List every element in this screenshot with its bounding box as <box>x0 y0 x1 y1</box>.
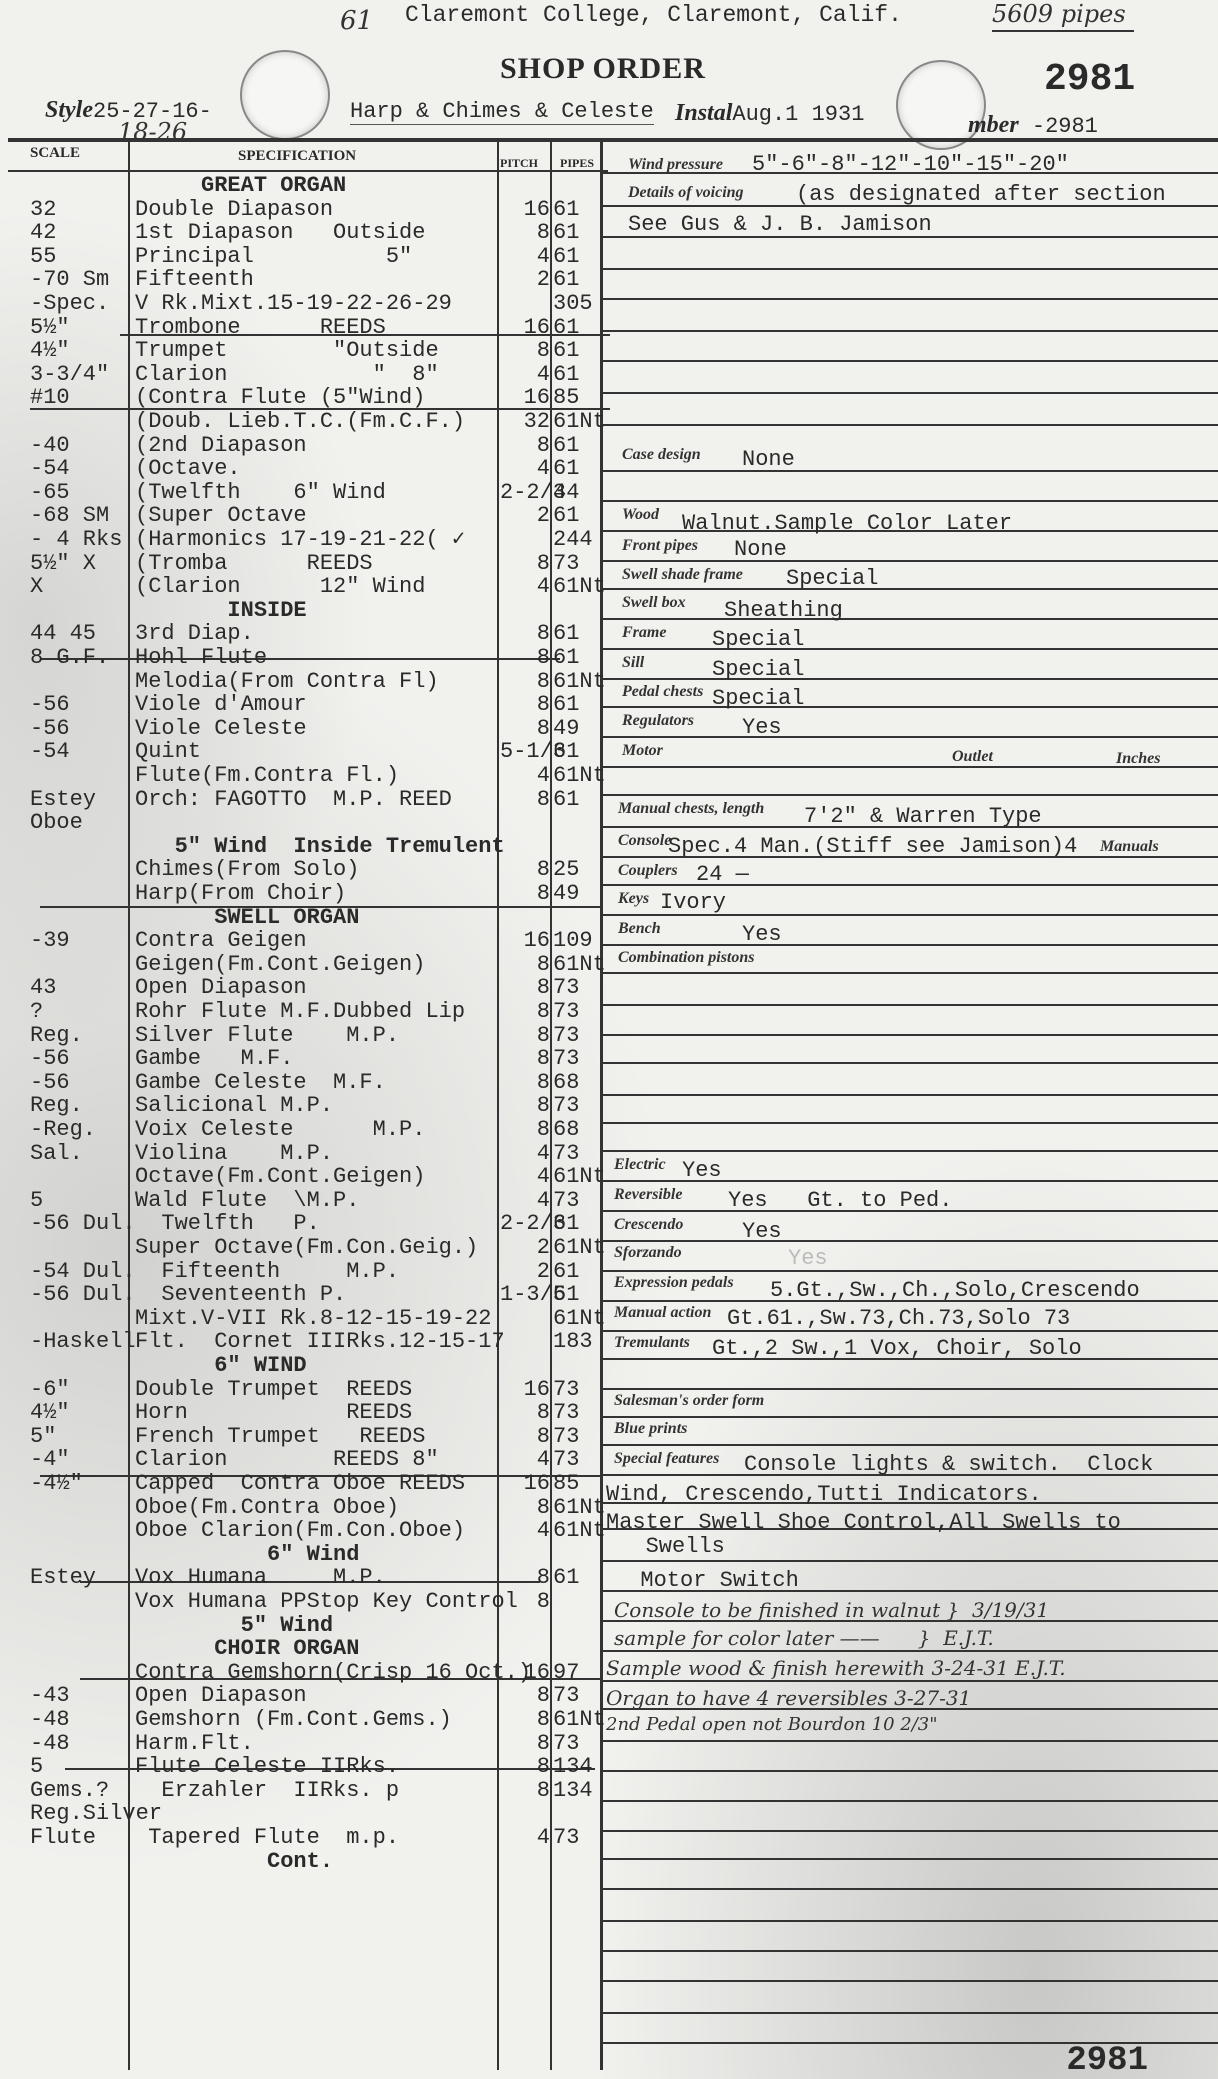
pitch-cell: 8 <box>500 858 550 882</box>
combination-pistons-label: Combination pistons <box>618 949 755 967</box>
table-row: Chimes(From Solo)825 <box>0 858 600 882</box>
form-rule <box>600 1830 1218 1832</box>
scale-cell: Estey <box>30 1566 130 1590</box>
pitch-cell: 16 <box>500 1661 550 1685</box>
organ-description: Harp & Chimes & Celeste <box>350 100 654 125</box>
form-rule <box>600 1150 1218 1152</box>
pitch-cell: 4 <box>500 575 550 599</box>
pedal-chests-value: Special <box>712 686 804 711</box>
pipes-cell: 85 <box>553 386 613 410</box>
manual-action-value: Gt.61.,Sw.73,Ch.73,Solo 73 <box>727 1306 1070 1331</box>
pipes-cell: 68 <box>553 1071 613 1095</box>
specification-cell: Contra Gemshorn(Crisp 16 Oct.) <box>135 1661 531 1685</box>
special-features-line-3: Master Swell Shoe Control,All Swells to <box>606 1510 1121 1535</box>
pitch-cell: 8 <box>500 1000 550 1024</box>
salesmans-order-form-label: Salesman's order form <box>614 1392 764 1410</box>
scale-cell: -4" <box>30 1448 130 1472</box>
pipes-cell: 61 <box>553 316 613 340</box>
pedal-chests-label: Pedal chests <box>622 683 703 701</box>
pipes-cell: 134 <box>553 1779 613 1803</box>
specification-cell: (Clarion 12" Wind <box>135 575 425 599</box>
specification-cell: Melodia(From Contra Fl) <box>135 670 439 694</box>
pitch-cell: 8 <box>500 1755 550 1779</box>
table-row: Harp(From Choir)849 <box>0 882 600 906</box>
form-rule <box>600 500 1218 502</box>
specification-cell: Viole d'Amour <box>135 693 307 717</box>
table-row: Melodia(From Contra Fl)861Nt <box>0 670 600 694</box>
scale-cell: -40 <box>30 434 130 458</box>
table-row: -70 SmFifteenth261 <box>0 268 600 292</box>
pitch-cell: 8 <box>500 976 550 1000</box>
specification-cell: V Rk.Mixt.15-19-22-26-29 <box>135 292 452 316</box>
scale-cell: 5½" X <box>30 552 130 576</box>
scale-cell: -48 <box>30 1708 130 1732</box>
pipes-cell: 61 <box>553 740 613 764</box>
table-row: 4½"Horn REEDS873 <box>0 1401 600 1425</box>
instal-label: Instal <box>675 100 732 126</box>
specification-cell: Double Diapason <box>135 198 333 222</box>
section-heading: 5" Wind <box>0 1614 600 1638</box>
pitch-cell: 8 <box>500 1732 550 1756</box>
table-row: -56Viole Celeste849 <box>0 717 600 741</box>
pitch-cell: 8 <box>500 1566 550 1590</box>
specification-cell: Vox Humana M.P. <box>135 1566 386 1590</box>
scale-cell: 4½" <box>30 1401 130 1425</box>
scale-cell: 4½" <box>30 339 130 363</box>
scale-cell: ? <box>30 1000 130 1024</box>
scale-cell: 43 <box>30 976 130 1000</box>
table-row: 3-3/4"Clarion " 8"461 <box>0 363 600 387</box>
specification-cell: Contra Geigen <box>135 929 307 953</box>
specification-cell: Oboe Clarion(Fm.Con.Oboe) <box>135 1519 465 1543</box>
sforzando-label: Sforzando <box>614 1244 682 1262</box>
scale-cell: Sal. <box>30 1142 130 1166</box>
section-heading: 5" Wind Inside Tremulent <box>0 835 600 859</box>
pipes-cell: 61 <box>553 245 613 269</box>
specification-cell: Fifteenth M.P. <box>135 1260 399 1284</box>
table-row: -56 Dul. Seventeenth P.1-3/561 <box>0 1283 600 1307</box>
table-row: Oboe(Fm.Contra Oboe)861Nt <box>0 1496 600 1520</box>
pitch-cell: 8 <box>500 1779 550 1803</box>
specification-cell: GREAT ORGAN <box>135 174 346 198</box>
table-row: 8 G.F.Hohl Flute861 <box>0 646 600 670</box>
pipes-cell: 73 <box>553 552 613 576</box>
scale-cell: -54 <box>30 457 130 481</box>
form-rule <box>600 1004 1218 1006</box>
pipes-cell: 61 <box>553 198 613 222</box>
scale-cell: 5" <box>30 1425 130 1449</box>
form-rule <box>600 470 1218 472</box>
special-features-line-5: Motor Switch <box>614 1568 799 1593</box>
swell-box-value: Sheathing <box>724 598 843 623</box>
specification-cell: Cont. <box>135 1850 333 1874</box>
scale-cell: -Reg. <box>30 1118 130 1142</box>
specification-cell: Clarion REEDS 8" <box>135 1448 439 1472</box>
front-pipes-label: Front pipes <box>622 537 698 555</box>
handwritten-pipe-count: 5609 pipes <box>992 0 1134 32</box>
form-rule <box>600 618 1218 620</box>
pitch-cell: 4 <box>500 1448 550 1472</box>
pitch-cell: 4 <box>500 1189 550 1213</box>
scale-cell: -Spec. <box>30 292 130 316</box>
table-row: -43Open Diapason873 <box>0 1684 600 1708</box>
manual-chests-label: Manual chests, length <box>618 800 764 818</box>
specification-cell: Erzahler IIRks. p <box>135 1779 399 1803</box>
form-rule <box>600 648 1218 650</box>
scale-cell: -70 Sm <box>30 268 130 292</box>
specification-cell: Super Octave(Fm.Con.Geig.) <box>135 1236 478 1260</box>
form-rule <box>600 1444 1218 1446</box>
handwritten-61: 61 <box>340 6 373 36</box>
form-rule <box>600 1034 1218 1036</box>
form-rule <box>600 1122 1218 1124</box>
section-heading: CHOIR ORGAN <box>0 1637 600 1661</box>
specification-cell: Chimes(From Solo) <box>135 858 359 882</box>
specification-cell: 1st Diapason Outside <box>135 221 425 245</box>
pitch-cell: 8 <box>500 1684 550 1708</box>
table-row: -4"Clarion REEDS 8"473 <box>0 1448 600 1472</box>
header-rule <box>8 138 1218 142</box>
pipes-cell: 25 <box>553 858 613 882</box>
table-row: Super Octave(Fm.Con.Geig.)261Nt <box>0 1236 600 1260</box>
special-features-line-4: Swells <box>606 1534 725 1559</box>
pipes-cell: 61 <box>553 1566 613 1590</box>
scale-cell: Reg.Silver <box>30 1802 130 1826</box>
specification-cell: Flute(Fm.Contra Fl.) <box>135 764 399 788</box>
pipes-cell: 73 <box>553 1047 613 1071</box>
crescendo-value: Yes <box>742 1219 782 1244</box>
expression-pedals-label: Expression pedals <box>614 1274 734 1292</box>
scale-cell: -54 Dul. <box>30 1260 130 1284</box>
form-rule <box>600 1920 1218 1922</box>
front-pipes-value: None <box>734 537 787 562</box>
tremulants-value: Gt.,2 Sw.,1 Vox, Choir, Solo <box>712 1336 1082 1361</box>
pipes-cell: 61Nt <box>553 1708 613 1732</box>
number-label: mber <box>968 112 1019 138</box>
scale-cell: Reg. <box>30 1094 130 1118</box>
motor-label: Motor <box>622 742 663 760</box>
sforzando-value: Yes <box>788 1246 828 1271</box>
swell-shade-frame-value: Special <box>786 566 878 591</box>
form-rule <box>600 298 1218 300</box>
form-rule <box>600 1800 1218 1802</box>
pipes-cell: 61Nt <box>553 410 613 434</box>
pitch-cell: 8 <box>500 1047 550 1071</box>
reversible-label: Reversible <box>614 1186 682 1204</box>
pitch-cell: 8 <box>500 693 550 717</box>
specification-cell: 3rd Diap. <box>135 622 254 646</box>
pipes-cell: 183 <box>553 1330 613 1354</box>
pipes-cell: 73 <box>553 1189 613 1213</box>
table-row: ?Rohr Flute M.F.Dubbed Lip873 <box>0 1000 600 1024</box>
table-row: -56Viole d'Amour861 <box>0 693 600 717</box>
special-features-line-1: Console lights & switch. Clock <box>744 1452 1153 1477</box>
manual-action-label: Manual action <box>614 1304 711 1322</box>
form-rule <box>600 1650 1218 1652</box>
pitch-cell: 4 <box>500 245 550 269</box>
pitch-cell: 8 <box>500 788 550 812</box>
frame-label: Frame <box>622 624 666 642</box>
pipes-cell: 61 <box>553 1212 613 1236</box>
table-row: 5½"Trombone REEDS1661 <box>0 316 600 340</box>
specification-cell: Wald Flute \M.P. <box>135 1189 359 1213</box>
form-rule <box>600 2012 1218 2014</box>
pipes-cell: 61 <box>553 693 613 717</box>
pitch-cell: 4 <box>500 1519 550 1543</box>
form-rule <box>600 972 1218 974</box>
scale-cell: -43 <box>30 1684 130 1708</box>
pitch-cell: 8 <box>500 552 550 576</box>
form-rule <box>600 736 1218 738</box>
specification-cell: Silver Flute M.P. <box>135 1024 399 1048</box>
handwritten-note-3: Sample wood & finish herewith 3-24-31 E.… <box>606 1656 1066 1680</box>
pitch-cell: 8 <box>500 434 550 458</box>
specification-cell: French Trumpet REEDS <box>135 1425 425 1449</box>
pipes-cell: 109 <box>553 929 613 953</box>
form-rule <box>600 424 1218 426</box>
section-heading: SWELL ORGAN <box>0 906 600 930</box>
console-label: Console <box>618 832 671 850</box>
pipes-cell: 61 <box>553 457 613 481</box>
pitch-cell: 16 <box>500 1378 550 1402</box>
wind-pressure-label: Wind pressure <box>628 156 723 174</box>
pitch-cell: 8 <box>500 717 550 741</box>
table-row: -54 Dul. Fifteenth M.P.261 <box>0 1260 600 1284</box>
table-row: 55Principal 5"461 <box>0 245 600 269</box>
pipes-cell: 61Nt <box>553 1496 613 1520</box>
specification-cell: Trumpet "Outside <box>135 339 439 363</box>
specification-cell: Twelfth P. <box>135 1212 320 1236</box>
form-rule <box>600 1240 1218 1242</box>
pitch-cell: 5-1/3 <box>500 740 550 764</box>
crescendo-label: Crescendo <box>614 1216 683 1234</box>
pipes-cell: 61Nt <box>553 670 613 694</box>
pitch-cell: 2 <box>500 1260 550 1284</box>
specification-cell: Gambe M.F. <box>135 1047 293 1071</box>
table-row: -Spec.V Rk.Mixt.15-19-22-26-29305 <box>0 292 600 316</box>
pipes-cell: 61Nt <box>553 1307 613 1331</box>
pitch-cell: 8 <box>500 622 550 646</box>
specification-cell: Gambe Celeste M.F. <box>135 1071 386 1095</box>
table-row: -68 SM(Super Octave261 <box>0 504 600 528</box>
specification-cell: Trombone REEDS <box>135 316 386 340</box>
case-design-value: None <box>742 447 795 472</box>
table-row: 43Open Diapason873 <box>0 976 600 1000</box>
table-row: -40(2nd Diapason861 <box>0 434 600 458</box>
form-rule <box>600 1062 1218 1064</box>
special-features-label: Special features <box>614 1450 719 1468</box>
form-rule <box>600 1770 1218 1772</box>
table-row: Flute(Fm.Contra Fl.)461Nt <box>0 764 600 788</box>
case-design-label: Case design <box>622 446 701 464</box>
specification-cell: Rohr Flute M.F.Dubbed Lip <box>135 1000 465 1024</box>
specification-cell: 5" Wind Inside Tremulent <box>135 835 505 859</box>
pitch-cell: 2 <box>500 268 550 292</box>
pipes-cell: 73 <box>553 1142 613 1166</box>
bench-label: Bench <box>618 920 661 938</box>
voicing-label: Details of voicing <box>628 184 744 202</box>
specification-cell: Oboe(Fm.Contra Oboe) <box>135 1496 399 1520</box>
shop-order-page: 61 Claremont College, Claremont, Calif. … <box>0 0 1218 2079</box>
specification-cell: 6" Wind <box>135 1543 359 1567</box>
form-rule <box>600 330 1218 332</box>
table-row: Octave(Fm.Cont.Geigen)461Nt <box>0 1165 600 1189</box>
pitch-cell: 2 <box>500 504 550 528</box>
form-rule <box>600 1980 1218 1982</box>
scale-cell: -6" <box>30 1378 130 1402</box>
scale-cell: Estey <box>30 788 130 812</box>
pitch-cell: 2-2/3 <box>500 1212 550 1236</box>
pipes-cell: 134 <box>553 1755 613 1779</box>
specification-cell: (Tromba REEDS <box>135 552 373 576</box>
form-rule <box>600 392 1218 394</box>
table-row: Reg.Silver Flute M.P.873 <box>0 1024 600 1048</box>
keys-label: Keys <box>618 890 649 908</box>
specification-cell: Vox Humana PPStop Key Control <box>135 1590 518 1614</box>
form-rule <box>600 1858 1218 1860</box>
specification-cell: Mixt.V-VII Rk.8-12-15-19-22 <box>135 1307 491 1331</box>
scale-cell: -56 <box>30 717 130 741</box>
section-heading: GREAT ORGAN <box>0 174 600 198</box>
pipes-cell: 73 <box>553 976 613 1000</box>
table-row: -39Contra Geigen16109 <box>0 929 600 953</box>
electric-value: Yes <box>682 1158 722 1183</box>
form-rule <box>600 560 1218 562</box>
table-row: Contra Gemshorn(Crisp 16 Oct.)1697 <box>0 1661 600 1685</box>
specification-cell: Geigen(Fm.Cont.Geigen) <box>135 953 425 977</box>
table-row: -56Gambe M.F.873 <box>0 1047 600 1071</box>
pitch-cell: 8 <box>500 953 550 977</box>
form-rule <box>600 1388 1218 1390</box>
scale-cell: -Haskell <box>30 1330 130 1354</box>
specification-cell: Octave(Fm.Cont.Geigen) <box>135 1165 425 1189</box>
col-scale: SCALE <box>30 145 80 162</box>
scale-cell: 32 <box>30 198 130 222</box>
table-row: 5Wald Flute \M.P.473 <box>0 1189 600 1213</box>
table-row: -Reg.Voix Celeste M.P.868 <box>0 1118 600 1142</box>
handwritten-note-5: 2nd Pedal open not Bourdon 10 2/3" <box>606 1714 938 1735</box>
scale-cell: #10 <box>30 386 130 410</box>
pipes-cell: 61 <box>553 268 613 292</box>
form-rule <box>600 1740 1218 1742</box>
specification-cell: INSIDE <box>135 599 307 623</box>
specification-cell: Harm.Flt. <box>135 1732 254 1756</box>
form-rule <box>600 794 1218 796</box>
scale-cell: -56 Dul. <box>30 1283 130 1307</box>
table-row: Reg.Salicional M.P.873 <box>0 1094 600 1118</box>
pitch-cell: 4 <box>500 1826 550 1850</box>
pipes-cell: 73 <box>553 1094 613 1118</box>
pipes-cell: 305 <box>553 292 613 316</box>
scale-cell: -65 <box>30 481 130 505</box>
pitch-cell: 16 <box>500 1472 550 1496</box>
form-rule <box>600 1416 1218 1418</box>
table-row: -HaskellFlt. Cornet IIIRks.12-15-17183 <box>0 1330 600 1354</box>
table-row: -4½"Capped Contra Oboe REEDS1685 <box>0 1472 600 1496</box>
outlet-label: Outlet <box>952 748 993 766</box>
footer-order-number: 2981 <box>1066 2050 1148 2074</box>
regulators-label: Regulators <box>622 712 694 730</box>
punch-hole-left <box>240 50 330 140</box>
scale-cell: 5 <box>30 1189 130 1213</box>
scale-cell: -68 SM <box>30 504 130 528</box>
specification-cell: Harp(From Choir) <box>135 882 346 906</box>
instal-field: InstalAug.1 1931 <box>675 100 864 127</box>
scale-cell: 3-3/4" <box>30 363 130 387</box>
table-row: 5"French Trumpet REEDS873 <box>0 1425 600 1449</box>
voicing-value-2: See Gus & J. B. Jamison <box>628 212 932 237</box>
handwritten-note-2: sample for color later —— } E.J.T. <box>614 1626 994 1650</box>
scale-cell: -39 <box>30 929 130 953</box>
wood-label: Wood <box>622 506 659 524</box>
pipes-cell: 61 <box>553 788 613 812</box>
pitch-cell: 8 <box>500 1590 550 1614</box>
specification-cell: Principal 5" <box>135 245 412 269</box>
pipes-cell: 61 <box>553 221 613 245</box>
specification-cell: (Twelfth 6" Wind <box>135 481 386 505</box>
reversible-value: Yes Gt. to Ped. <box>728 1188 952 1213</box>
specification-cell: Capped Contra Oboe REEDS <box>135 1472 465 1496</box>
regulators-value: Yes <box>742 715 782 740</box>
scale-cell: Gems.? <box>30 1779 130 1803</box>
scale-cell: X <box>30 575 130 599</box>
inches-label: Inches <box>1116 750 1160 768</box>
scale-cell: 44 45 <box>30 622 130 646</box>
sill-value: Special <box>712 657 804 682</box>
couplers-value: 24 — <box>696 862 749 887</box>
scale-cell: -54 <box>30 740 130 764</box>
table-row: -48Harm.Flt.873 <box>0 1732 600 1756</box>
section-heading: INSIDE <box>0 599 600 623</box>
pitch-cell: 2-2/3 <box>500 481 550 505</box>
form-rule <box>600 1680 1218 1682</box>
handwritten-note-4: Organ to have 4 reversibles 3-27-31 <box>606 1686 971 1710</box>
pitch-cell: 4 <box>500 1142 550 1166</box>
pitch-cell: 4 <box>500 457 550 481</box>
table-row: Flute Tapered Flute m.p.473 <box>0 1826 600 1850</box>
table-row: Mixt.V-VII Rk.8-12-15-19-2261Nt <box>0 1307 600 1331</box>
pitch-cell: 8 <box>500 1118 550 1142</box>
specification-cell: Fifteenth <box>135 268 254 292</box>
form-rule <box>600 706 1218 708</box>
swell-shade-frame-label: Swell shade frame <box>622 566 743 584</box>
specification-cell: 6" WIND <box>135 1354 307 1378</box>
specification-cell: SWELL ORGAN <box>135 906 359 930</box>
table-row: -54(Octave.461 <box>0 457 600 481</box>
pitch-cell: 16 <box>500 198 550 222</box>
pitch-cell: 8 <box>500 221 550 245</box>
pipes-cell: 61Nt <box>553 575 613 599</box>
pitch-cell: 8 <box>500 339 550 363</box>
specification-cell: (Harmonics 17-19-21-22( ✓ <box>135 528 465 552</box>
scale-cell: -56 <box>30 693 130 717</box>
sill-label: Sill <box>622 654 644 672</box>
scale-cell: -56 Dul. <box>30 1212 130 1236</box>
pipes-cell: 61 <box>553 622 613 646</box>
col-pipes: PIPES <box>560 156 594 171</box>
table-row: 5Flute Celeste IIRks.8134 <box>0 1755 600 1779</box>
specification-cell: Quint <box>135 740 201 764</box>
scale-cell: 5 <box>30 1755 130 1779</box>
pitch-cell: 8 <box>500 1094 550 1118</box>
pipes-cell: 73 <box>553 1732 613 1756</box>
specification-cell: (2nd Diapason <box>135 434 307 458</box>
specification-cell: Flute Celeste IIRks. <box>135 1755 399 1779</box>
handwritten-note-1: Console to be finished in walnut } 3/19/… <box>614 1598 1049 1622</box>
pitch-cell: 8 <box>500 1708 550 1732</box>
table-row: Sal.Violina M.P.473 <box>0 1142 600 1166</box>
pitch-cell: 8 <box>500 1425 550 1449</box>
